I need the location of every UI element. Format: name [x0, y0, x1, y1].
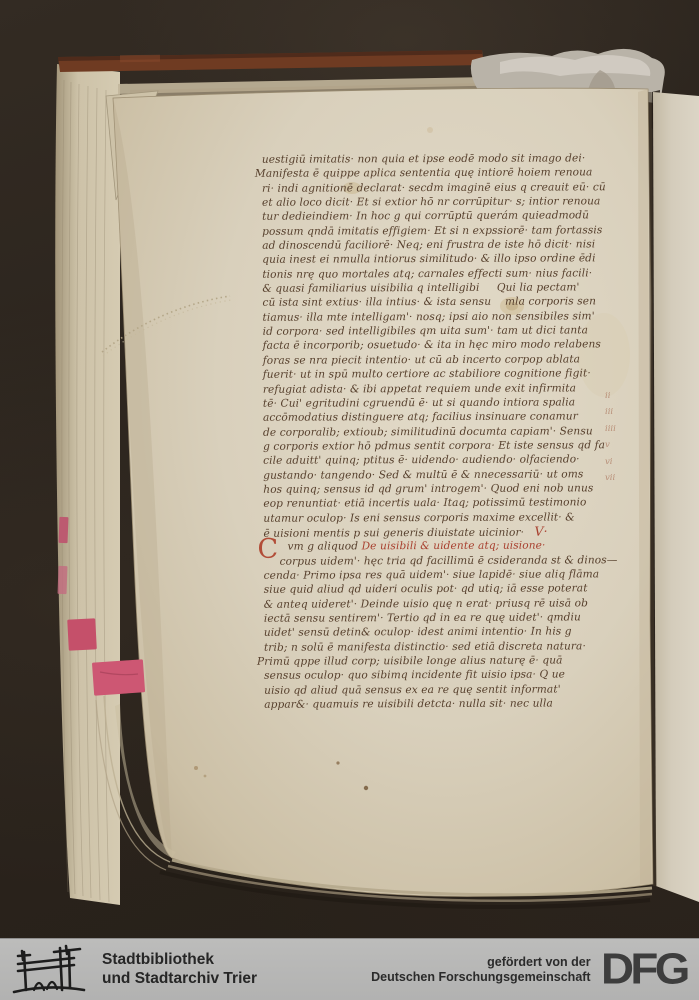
manuscript-line: g corporis extior hō pdmus sentit corpor…: [263, 438, 613, 454]
manuscript-line: Primū qppe illud corp; uisibile longe al…: [264, 653, 614, 669]
bookmark-tab: [92, 659, 145, 695]
manuscript-line: & quasi familiarius uisibilia q intellig…: [262, 280, 612, 296]
ink-text: uestigiū imitatis· non quia et ipse eodē…: [262, 152, 586, 165]
manuscript-line: quia inest ei nmulla intiorus similitudo…: [262, 252, 612, 268]
manuscript-line: uestigiū imitatis· non quia et ipse eodē…: [262, 151, 612, 167]
ink-text: trib; n solū ē manifesta distinctio· sed…: [264, 640, 586, 653]
manuscript-line: possum qndā imitatis effigiem· Et si n e…: [262, 223, 612, 239]
manuscript-line: ri· indi agnitionē declarat· secdm imagi…: [262, 180, 612, 196]
ink-text: & quasi familiarius uisibilia q intellig…: [262, 281, 579, 294]
ink-text: corpus uidem'· hęc tria qd facillimū ē c…: [280, 554, 618, 567]
ink-text: cile aduitt' quinq; ptitus ē· uidendo· a…: [263, 454, 580, 467]
ink-text: quia inest ei nmulla intiorus similitudo…: [262, 253, 595, 266]
ink-text: tionis nrę quo mortales atq; carnales ef…: [262, 267, 592, 280]
ink-text: sensus oculop· quo sibimq incidente fit …: [264, 669, 565, 682]
funding-credit: gefördert von der Deutschen Forschungsge…: [371, 955, 591, 984]
manuscript-line: cū ista sint extius· illa intius· & ista…: [262, 295, 612, 311]
manuscript-line: gustando· tangendo· Sed & multū ē & nnec…: [263, 467, 613, 483]
manuscript-line: tē· Cui' egritudini cgruendū ē· ut si qu…: [263, 395, 613, 411]
margin-numeral: iii: [605, 404, 616, 420]
ink-text: ad dinoscendū faciliorē· Neq; eni frustr…: [262, 238, 595, 251]
manuscript-line: uisio qd aliud quā sensus ex ea re quę s…: [264, 682, 614, 698]
margin-numeral: vi: [605, 454, 616, 470]
manuscript-line: eop renuntiat· etiā incertis uala· Itaq;…: [263, 495, 613, 511]
manuscript-line: et alio loco dicit· Et si extior hō nr c…: [262, 194, 612, 210]
manuscript-line: tiamus· illa mte intelligam'· nosq; ipsi…: [262, 309, 612, 325]
ink-text: possum qndā imitatis effigiem· Et si n e…: [262, 224, 602, 237]
manuscript-line: Manifesta ē quippe aplica sententia quę …: [262, 166, 612, 182]
ink-speck: [194, 766, 198, 770]
manuscript-line: facta ē incorporib; osuetudo· & ita in h…: [263, 338, 613, 354]
manuscript-line: Cvm g aliquod De uisibili & uidente atq;…: [263, 539, 613, 555]
facing-page-sliver: [653, 92, 699, 902]
ink-text: et alio loco dicit· Et si extior hō nr c…: [262, 195, 601, 208]
margin-numeral: v: [605, 437, 616, 453]
ink-text: uisio qd aliud quā sensus ex ea re quę s…: [264, 683, 561, 696]
ink-text: de corporalib; extioub; similitudinū doc…: [263, 425, 593, 438]
ink-text: ri· indi agnitionē declarat· secdm imagi…: [262, 181, 606, 195]
manuscript-line: trib; n solū ē manifesta distinctio· sed…: [264, 639, 614, 655]
ink-text: foras se nra piecit intentio· ut cū ab i…: [263, 353, 580, 366]
ink-text: uidet' sensū detin& oculop· idest animi …: [264, 626, 572, 639]
ink-text: eop renuntiat· etiā incertis uala· Itaq;…: [263, 497, 586, 510]
ink-text: siue quid aliud qd uideri oculis pot· qd…: [264, 583, 588, 596]
ink-text: cenda· Primo ipsa res quā uidem'· siue l…: [264, 568, 600, 581]
margin-numeral: iiii: [605, 421, 616, 437]
manuscript-line: id corpora· sed intelligibiles qm uita s…: [263, 323, 613, 339]
manuscript-line: cile aduitt' quinq; ptitus ē· uidendo· a…: [263, 452, 613, 468]
stain: [427, 127, 433, 133]
ink-text: tiamus· illa mte intelligam'· nosq; ipsi…: [262, 310, 594, 323]
manuscript-line: hos quinq; sensus id qd grum' introgem'·…: [263, 481, 613, 497]
manuscript-photo: uestigiū imitatis· non quia et ipse eodē…: [0, 0, 699, 1000]
manuscript-line: appar&· quamuis re uisibili detcta· null…: [264, 696, 614, 712]
manuscript-line: fuerit· ut in spū multo certiore ac stab…: [263, 366, 613, 382]
manuscript-line: & anteq uideret'· Deinde uisio quę n era…: [264, 596, 614, 612]
line-initial: M: [255, 168, 266, 180]
ink-text: accōmodatius distinguere atq; facilius i…: [263, 411, 578, 424]
manuscript-text-block: uestigiū imitatis· non quia et ipse eodē…: [262, 151, 614, 712]
manuscript-line: sensus oculop· quo sibimq incidente fit …: [264, 668, 614, 684]
manuscript-line: ad dinoscendū faciliorē· Neq; eni frustr…: [262, 237, 612, 253]
ink-text: tur dedieindiem· In hoc g qui corrūptū q…: [262, 210, 589, 223]
manuscript-line: corpus uidem'· hęc tria qd facillimū ē c…: [264, 553, 614, 569]
manuscript-line: siue quid aliud qd uideri oculis pot· qd…: [264, 582, 614, 598]
manuscript-line: tur dedieindiem· In hoc g qui corrūptū q…: [262, 209, 612, 225]
ink-text: gustando· tangendo· Sed & multū ē & nnec…: [263, 468, 583, 481]
manuscript-line: accōmodatius distinguere atq; facilius i…: [263, 409, 613, 425]
footer-banner: Stadtbibliothek und Stadtarchiv Trier ge…: [0, 938, 699, 1000]
ink-text: refugiat adista· & ibi appetat requiem u…: [263, 382, 576, 395]
porta-nigra-logo-icon: [10, 944, 88, 996]
manuscript-line: refugiat adista· & ibi appetat requiem u…: [263, 381, 613, 397]
ink-text: cū ista sint extius· illa intius· & ista…: [262, 296, 596, 309]
ink-speck: [204, 775, 207, 778]
library-name-line2: und Stadtarchiv Trier: [102, 970, 257, 989]
ink-text: g corporis extior hō pdmus sentit corpor…: [263, 439, 605, 452]
library-name: Stadtbibliothek und Stadtarchiv Trier: [102, 951, 257, 988]
ink-text: vm g aliquod: [287, 541, 361, 553]
funding-line2: Deutschen Forschungsgemeinschaft: [371, 970, 591, 985]
ink-text: id corpora· sed intelligibiles qm uita s…: [263, 324, 589, 337]
ink-text: & anteq uideret'· Deinde uisio quę n era…: [264, 597, 588, 610]
ink-text: utamur oculop· Is eni sensus corporis ma…: [263, 511, 574, 524]
ink-text: appar&· quamuis re uisibili detcta· null…: [264, 698, 553, 711]
ink-speck: [364, 786, 368, 790]
ink-text: fuerit· ut in spū multo certiore ac stab…: [263, 367, 591, 380]
dfg-logo: DFG: [601, 945, 687, 994]
manuscript-line: foras se nra piecit intentio· ut cū ab i…: [263, 352, 613, 368]
library-name-line1: Stadtbibliothek: [102, 951, 257, 970]
ink-text: rimū qppe illud corp; uisibile longe ali…: [264, 654, 562, 667]
rubric-text: V·: [534, 523, 547, 538]
manuscript-line: utamur oculop· Is eni sensus corporis ma…: [263, 510, 613, 526]
funding-line1: gefördert von der: [371, 955, 591, 970]
bookmark-tab: [67, 618, 97, 650]
margin-numerals: iiiiiiiiivvivii: [605, 388, 616, 486]
manuscript-line: iectā sensu sentirem'· Tertio qd in ea r…: [264, 610, 614, 626]
margin-numeral: vii: [605, 470, 616, 486]
manuscript-line: tionis nrę quo mortales atq; carnales ef…: [262, 266, 612, 282]
bookmark-tab: [59, 517, 69, 543]
manuscript-line: cenda· Primo ipsa res quā uidem'· siue l…: [264, 567, 614, 583]
margin-numeral: ii: [605, 388, 616, 404]
ink-text: anifesta ē quippe aplica sententia quę i…: [266, 167, 593, 180]
manuscript-line: uidet' sensū detin& oculop· idest animi …: [264, 625, 614, 641]
ink-speck: [336, 761, 339, 764]
ink-text: iectā sensu sentirem'· Tertio qd in ea r…: [264, 611, 581, 624]
bookmark-tab: [58, 566, 68, 594]
manuscript-line: ē uisioni mentis p sui generis diuistate…: [263, 524, 613, 540]
rubric-text: De uisibili & uidente atq; uisione·: [362, 540, 546, 553]
manuscript-line: de corporalib; extioub; similitudinū doc…: [263, 424, 613, 440]
binding-wear-mark: [120, 55, 160, 63]
ink-text: hos quinq; sensus id qd grum' introgem'·…: [263, 482, 593, 495]
ink-text: facta ē incorporib; osuetudo· & ita in h…: [263, 339, 601, 352]
ink-text: tē· Cui' egritudini cgruendū ē· ut si qu…: [263, 396, 575, 409]
ink-text: ē uisioni mentis p sui generis diuistate…: [263, 527, 534, 540]
